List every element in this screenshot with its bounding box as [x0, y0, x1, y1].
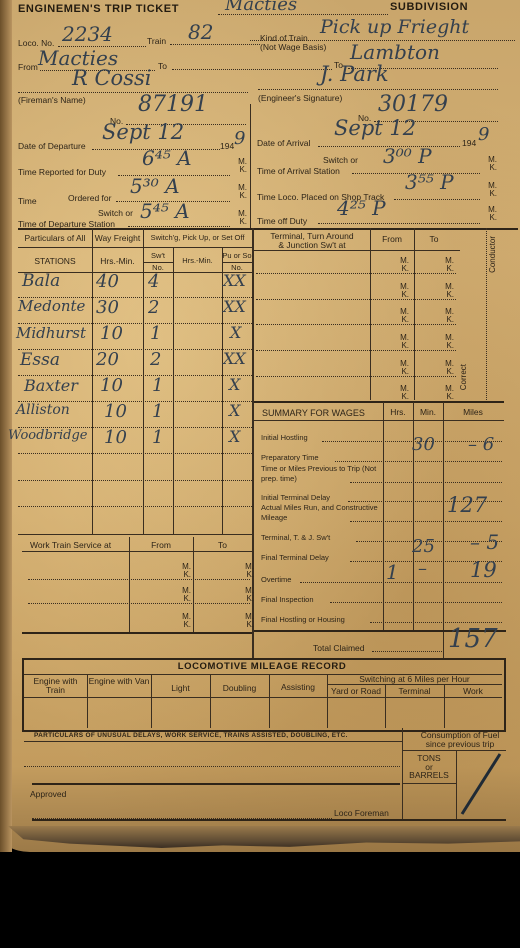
- swt-value: 4: [148, 271, 159, 292]
- work-to-label: To: [193, 540, 252, 550]
- top-center-divider: [250, 104, 251, 228]
- terminal-row-line: [256, 273, 456, 274]
- terminal-from-mk: M.K.: [395, 360, 409, 376]
- arrival-year-prefix: 194: [462, 138, 476, 148]
- switching-rule: [327, 684, 502, 685]
- h-particulars: Particulars of All: [18, 233, 92, 243]
- departure-time-line: [128, 226, 230, 227]
- arrival-date-label: Date of Arrival: [257, 138, 310, 148]
- row-line: [18, 453, 252, 454]
- terminal-from-mk: M.K.: [395, 257, 409, 273]
- departure-date-label: Date of Departure: [18, 141, 86, 151]
- h-switch-hrs-min: Hrs.-Min.: [173, 256, 222, 265]
- engineer-signature-value: J. Park: [320, 62, 389, 86]
- mk-letter: K.: [401, 315, 409, 324]
- summary-final-delay-min: 25: [412, 536, 435, 557]
- to-line-a: [172, 69, 332, 70]
- stations-header-rule-1: [18, 247, 252, 248]
- station-name: Alliston: [16, 402, 70, 418]
- mk-letter: K.: [446, 315, 454, 324]
- h-terminal-from: From: [370, 234, 414, 244]
- work-row-line: [28, 603, 250, 604]
- fireman-no-value: 87191: [138, 92, 208, 117]
- mk-letter: K.: [446, 264, 454, 273]
- mileage-col-engine-train: Engine with Train: [24, 677, 87, 695]
- summary-label-actual-miles: Actual Miles Run, and Constructive Milea…: [261, 503, 379, 523]
- h-swt: Sw't: [143, 251, 173, 260]
- departure-time-mk: M.K.: [233, 210, 247, 226]
- terminal-from-mk: M.K.: [395, 308, 409, 324]
- subdivision-label: SUBDIVISION: [390, 1, 468, 13]
- train-label: Train: [147, 36, 166, 46]
- summary-actual-miles-value: 127: [447, 493, 487, 517]
- work-row-line: [28, 579, 250, 580]
- swt-value: 1: [152, 375, 163, 396]
- mk-letter: K.: [401, 392, 409, 401]
- work-bottom-rule: [22, 632, 252, 634]
- shop-track-line: [394, 199, 480, 200]
- summary-label-preparatory: Preparatory Time: [261, 453, 319, 462]
- swt-value: 1: [150, 323, 161, 344]
- terminal-row-line: [256, 324, 456, 325]
- summary-min-value: 30: [412, 434, 435, 455]
- mileage-col-yard-road: Yard or Road: [327, 686, 385, 696]
- total-claimed-value: 157: [448, 624, 498, 654]
- conductor-label: Conductor: [488, 236, 497, 273]
- mileage-col-light: Light: [151, 683, 210, 693]
- swt-value: 1: [152, 401, 163, 422]
- summary-label-final-delay: Final Terminal Delay: [261, 553, 329, 562]
- pu-value: X: [230, 323, 241, 342]
- summary-hrs-divider: [383, 402, 384, 630]
- h-stations: STATIONS: [18, 256, 92, 266]
- loco-value: 2234: [62, 22, 113, 46]
- col-divider-3: [173, 248, 174, 534]
- summary-label-initial-hostling: Initial Hostling: [261, 433, 308, 442]
- mk-letter: K.: [183, 594, 191, 603]
- station-name: Midhurst: [16, 324, 86, 342]
- switch-or-label: Switch or: [98, 208, 133, 218]
- to-value: Lambton: [350, 40, 440, 64]
- terminal-from-mk: M.K.: [395, 385, 409, 401]
- h-pu: Pu or So: [222, 251, 252, 260]
- mk-letter: K.: [246, 570, 254, 579]
- ticket-title: ENGINEMEN'S TRIP TICKET: [18, 3, 179, 15]
- summary-label-initial-delay: Initial Terminal Delay: [261, 493, 330, 502]
- correct-label: Correct: [459, 364, 468, 390]
- mk-letter: K.: [489, 189, 497, 198]
- train-line: [170, 44, 260, 45]
- summary-header-rule: [254, 420, 504, 421]
- mk-letter: K.: [446, 341, 454, 350]
- way-freight-value: 10: [100, 375, 123, 396]
- h-switching: Switch'g, Pick Up, or Set Off: [143, 233, 252, 242]
- terminal-row-line: [256, 350, 456, 351]
- way-freight-value: 10: [104, 427, 127, 448]
- arrival-switch-or: Switch or: [323, 155, 358, 165]
- mk-letter: K.: [401, 341, 409, 350]
- summary-line: [350, 482, 502, 483]
- kind-sublabel: (Not Wage Basis): [260, 42, 326, 52]
- summary-h-min: Min.: [413, 407, 443, 417]
- kind-value: Pick up Frieght: [320, 16, 469, 38]
- summary-label-final-hostling: Final Hostling or Housing: [261, 615, 345, 624]
- summary-miles-value: – 6: [468, 434, 494, 455]
- mk-letter: K.: [183, 620, 191, 629]
- way-freight-value: 10: [104, 401, 127, 422]
- paper-edge: [0, 0, 12, 852]
- from-label: From: [18, 62, 38, 72]
- particulars-line: [24, 766, 400, 767]
- switching-header: Switching at 6 Miles per Hour: [327, 674, 502, 684]
- off-duty-label: Time off Duty: [257, 216, 307, 226]
- summary-h-hrs: Hrs.: [383, 407, 413, 417]
- bottom-rule: [32, 819, 506, 821]
- mk-letter: K.: [239, 165, 247, 174]
- departure-date-value: Sept 12: [102, 120, 184, 144]
- station-name: Medonte: [18, 297, 85, 315]
- mileage-record-title: LOCOMOTIVE MILEAGE RECORD: [22, 661, 502, 672]
- trip-ticket-paper: ENGINEMEN'S TRIP TICKET Macties SUBDIVIS…: [0, 0, 520, 852]
- off-duty-value: 4²⁵ P: [337, 196, 386, 220]
- swt-value: 2: [150, 349, 161, 370]
- pu-value: XX: [223, 271, 246, 290]
- summary-line: [300, 582, 502, 583]
- summary-overtime-min: –: [418, 558, 427, 579]
- summary-label-final-inspection: Final Inspection: [261, 595, 314, 604]
- mk-letter: K.: [401, 264, 409, 273]
- middle-top-rule: [18, 228, 518, 230]
- terminal-header-rule: [254, 250, 460, 251]
- h-way-hrs-min: Hrs.-Min.: [92, 256, 143, 266]
- tons-rule: [402, 783, 456, 784]
- summary-line: [335, 461, 502, 462]
- arrival-time-mk: M.K.: [483, 156, 497, 172]
- barrels-label: BARRELS: [402, 770, 456, 780]
- summary-h-miles: Miles: [443, 407, 503, 417]
- terminal-from-mk: M.K.: [395, 334, 409, 350]
- summary-label-previous: Time or Miles Previous to Trip (Not prep…: [261, 464, 379, 484]
- mk-letter: K.: [246, 594, 254, 603]
- col-divider-1: [92, 228, 93, 534]
- arrival-year-value: 9: [478, 124, 489, 145]
- mk-marker: M.K.: [177, 563, 191, 579]
- mileage-col-terminal: Terminal: [385, 686, 444, 696]
- departure-year-value: 9: [234, 128, 245, 149]
- arrival-time-label: Time of Arrival Station: [257, 166, 340, 176]
- stations-bottom-rule: [18, 534, 252, 535]
- shop-track-value: 3⁵⁵ P: [405, 170, 454, 194]
- row-line-empty: [18, 506, 252, 507]
- way-freight-value: 20: [96, 349, 119, 370]
- summary-overtime-hrs: 1: [386, 560, 399, 584]
- off-duty-line: [318, 223, 480, 224]
- mk-letter: K.: [401, 290, 409, 299]
- particulars-rule: [24, 741, 402, 742]
- swt-value: 1: [152, 427, 163, 448]
- h-terminal-to: To: [414, 234, 454, 244]
- work-header-rule: [22, 551, 252, 552]
- fireman-name-value: R Cossi: [72, 66, 151, 90]
- mk-marker: M.K.: [177, 587, 191, 603]
- summary-terminal-miles: – 5: [470, 530, 499, 554]
- off-duty-mk: M.K.: [483, 206, 497, 222]
- terminal-to-mk: M.K.: [440, 283, 454, 299]
- mk-letter: K.: [446, 392, 454, 401]
- terminal-from-mk: M.K.: [395, 283, 409, 299]
- mk-letter: K.: [239, 191, 247, 200]
- mileage-col-doubling: Doubling: [210, 683, 269, 693]
- mileage-header-rule: [24, 697, 502, 698]
- conductor-line: [486, 228, 487, 400]
- fireman-line: [18, 92, 248, 93]
- pu-value: X: [229, 401, 240, 420]
- summary-label-terminal-swt: Terminal, T. & J. Sw't: [261, 533, 330, 542]
- summary-overtime-miles: 19: [470, 558, 497, 582]
- work-from-label: From: [129, 540, 193, 550]
- reported-label: Time Reported for Duty: [18, 167, 106, 177]
- summary-line: [350, 521, 502, 522]
- reported-mk: M.K.: [233, 158, 247, 174]
- h-way-freight: Way Freight: [92, 233, 143, 243]
- h-terminal-2: & Junction Sw't at: [254, 240, 370, 250]
- mileage-col-work: Work: [444, 686, 502, 696]
- terminal-bottom-rule: [254, 401, 504, 403]
- mk-letter: K.: [239, 217, 247, 226]
- way-freight-value: 40: [96, 271, 119, 292]
- mk-marker: M.K.: [240, 563, 254, 579]
- engineer-label: (Engineer's Signature): [258, 93, 342, 103]
- station-name: Woodbridge: [8, 428, 88, 443]
- mk-letter: K.: [489, 163, 497, 172]
- particulars-title: PARTICULARS OF UNUSUAL DELAYS, WORK SERV…: [34, 732, 348, 739]
- mileage-col-engine-van: Engine with Van: [87, 677, 151, 686]
- col-divider-2: [143, 228, 144, 534]
- fireman-label: (Fireman's Name): [18, 95, 86, 105]
- to-label-a: To: [158, 61, 167, 71]
- mk-letter: K.: [489, 213, 497, 222]
- mk-letter: K.: [401, 367, 409, 376]
- way-freight-value: 30: [96, 297, 119, 318]
- rule-line: [327, 674, 328, 728]
- arrival-date-value: Sept 12: [334, 116, 416, 140]
- terminal-to-mk: M.K.: [440, 360, 454, 376]
- terminal-row-line: [256, 376, 456, 377]
- from-to-divider: [414, 228, 415, 400]
- terminal-to-mk: M.K.: [440, 308, 454, 324]
- departure-year-prefix: 194: [220, 141, 234, 151]
- pu-value: X: [229, 375, 240, 394]
- mk-marker: M.K.: [177, 613, 191, 629]
- station-name: Essa: [20, 350, 60, 370]
- subdivision-value: Macties: [225, 0, 297, 15]
- pu-value: XX: [223, 297, 246, 316]
- mk-marker: M.K.: [240, 587, 254, 603]
- train-value: 82: [188, 20, 213, 44]
- summary-line: [330, 602, 502, 603]
- shop-track-mk: M.K.: [483, 182, 497, 198]
- mk-letter: K.: [446, 367, 454, 376]
- terminal-to-mk: M.K.: [440, 334, 454, 350]
- pu-value: X: [229, 427, 240, 446]
- summary-line: [370, 622, 502, 623]
- terminal-row-line: [256, 299, 456, 300]
- reported-value: 6⁴⁵ A: [142, 146, 192, 170]
- ordered-label: Ordered for: [68, 193, 111, 203]
- station-name: Baxter: [24, 376, 78, 395]
- summary-label-overtime: Overtime: [261, 575, 291, 584]
- engineer-line: [258, 89, 498, 90]
- particulars-bottom-rule: [32, 783, 400, 785]
- time-label: Time: [18, 196, 37, 206]
- ordered-value: 5³⁰ A: [130, 174, 180, 198]
- total-line: [372, 651, 442, 652]
- swt-value: 2: [148, 297, 159, 318]
- way-freight-value: 10: [100, 323, 123, 344]
- terminal-to-mk: M.K.: [440, 385, 454, 401]
- mk-letter: K.: [246, 620, 254, 629]
- engineer-no-value: 30179: [378, 92, 448, 117]
- mk-letter: K.: [446, 290, 454, 299]
- fuel-title-2: since previous trip: [402, 739, 518, 749]
- station-name: Bala: [22, 271, 60, 291]
- work-train-service-label: Work Train Service at: [30, 540, 111, 550]
- ordered-mk: M.K.: [233, 184, 247, 200]
- departure-time-value: 5⁴⁵ A: [140, 199, 190, 223]
- col-divider-4: [222, 248, 223, 534]
- terminal-col-divider: [370, 228, 371, 400]
- arrival-time-value: 3⁰⁰ P: [383, 144, 432, 168]
- pu-value: XX: [223, 349, 246, 368]
- fuel-slash-mark: [456, 750, 506, 818]
- loco-foreman-label: Loco Foreman: [334, 808, 389, 818]
- mk-letter: K.: [183, 570, 191, 579]
- mileage-col-assisting: Assisting: [269, 682, 327, 692]
- row-line-empty: [18, 480, 252, 481]
- terminal-to-mk: M.K.: [440, 257, 454, 273]
- approved-label: Approved: [30, 789, 66, 799]
- mk-marker: M.K.: [240, 613, 254, 629]
- summary-title: SUMMARY FOR WAGES: [262, 408, 365, 418]
- total-claimed-label: Total Claimed: [313, 643, 365, 653]
